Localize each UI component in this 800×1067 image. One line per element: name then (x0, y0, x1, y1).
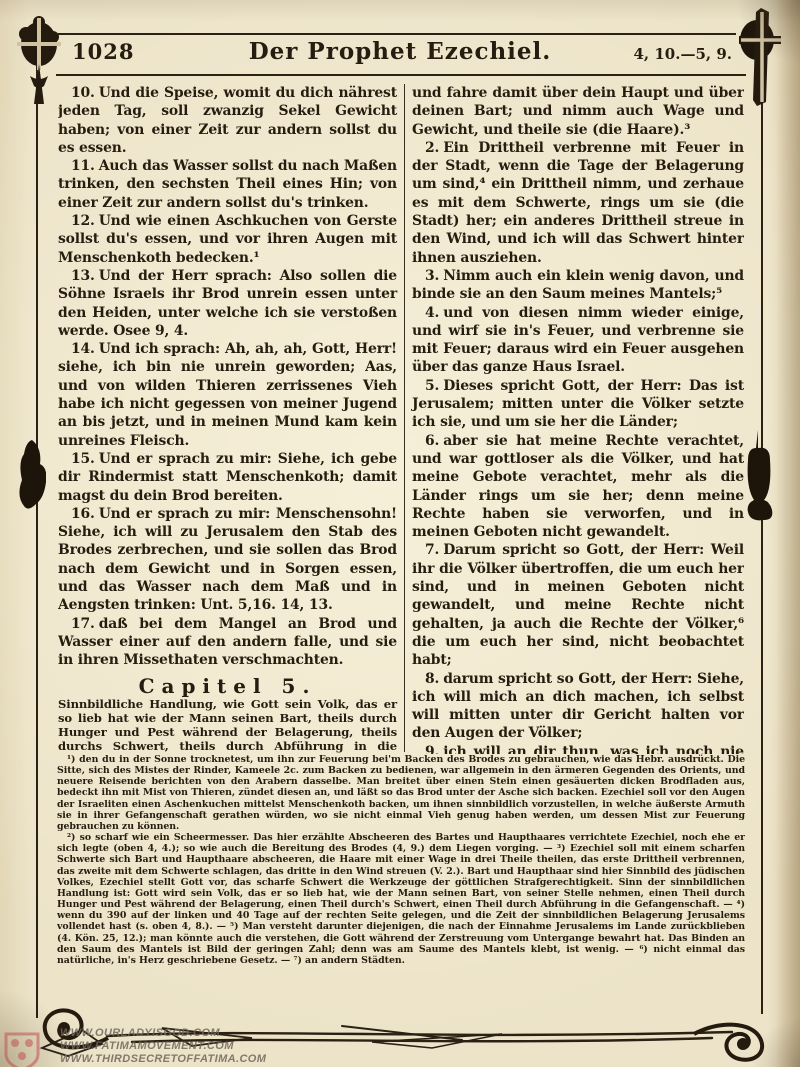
verse-5-5: 5.Dieses spricht Gott, der Herr: Das ist… (412, 377, 744, 432)
verse-4-11: 11.Auch das Wasser sollst du nach Maßen … (58, 157, 397, 212)
verse-text: Und er sprach zu mir: Menschensohn! Sieh… (58, 506, 397, 613)
verse-5-4: 4.und von diesen nimm wieder einige, und… (412, 304, 744, 377)
verse-5-2: 2.Ein Drittheil verbrenne mit Feuer in d… (412, 139, 744, 267)
verse-number: 5. (425, 378, 439, 394)
verse-4-14: 14.Und ich sprach: Ah, ah, ah, Gott, Her… (58, 340, 397, 450)
verse-number: 2. (425, 140, 439, 156)
verse-number: 16. (71, 506, 95, 522)
watermark-line: WWW.THIRDSECRETOFFATIMA.COM (60, 1053, 266, 1066)
scanned-bible-page: 1028 Der Prophet Ezechiel. 4, 10.—5, 9. … (0, 0, 800, 1067)
verse-4-10: 10.Und die Speise, womit du dich nährest… (58, 84, 397, 157)
verse-text: Und ich sprach: Ah, ah, ah, Gott, Herr! … (58, 341, 397, 448)
verse-4-17: 17.daß bei dem Mangel an Brod und Wasser… (58, 615, 397, 670)
verse-text: daß bei dem Mangel an Brod und Wasser ei… (58, 616, 397, 669)
footnote-paragraph-2: ²) so scharf wie ein Scheermesser. Das h… (57, 832, 745, 966)
left-column: 10.Und die Speise, womit du dich nährest… (58, 84, 404, 754)
verse-text: Und der Herr sprach: Also sollen die Söh… (58, 268, 397, 339)
verse-4-16: 16.Und er sprach zu mir: Menschensohn! S… (58, 505, 397, 615)
watermark-shield-icon (2, 1030, 42, 1067)
corner-cross-icon (8, 4, 70, 108)
scripture-columns: 10.Und die Speise, womit du dich nährest… (58, 84, 744, 754)
verse-number: 3. (425, 268, 439, 284)
verse-number: 13. (71, 268, 95, 284)
verse-number: 17. (71, 616, 95, 632)
verse-text: Dieses spricht Gott, der Herr: Das ist J… (412, 378, 744, 431)
verse-number: 12. (71, 213, 95, 229)
verse-number: 7. (425, 542, 439, 558)
verse-number: 4. (425, 305, 439, 321)
verse-number: 11. (71, 158, 95, 174)
verse-5-7: 7.Darum spricht so Gott, der Herr: Weil … (412, 541, 744, 669)
verse-number: 8. (425, 671, 439, 687)
verse-text: und fahre damit über dein Haupt und über… (412, 85, 744, 138)
verse-text: darum spricht so Gott, der Herr: Siehe, … (412, 671, 744, 742)
verse-text: Ein Drittheil verbrenne mit Feuer in der… (412, 140, 744, 266)
top-border-rule (58, 33, 736, 35)
verse-5-6: 6.aber sie hat meine Rechte verachtet, u… (412, 432, 744, 542)
watermark-line: WWW.OURLADYISGOD.COM (60, 1027, 266, 1040)
verse-text: Und wie einen Aschkuchen von Gerste soll… (58, 213, 397, 266)
verse-text: ich will an dir thun, was ich noch nie g… (412, 744, 744, 754)
verse-4-13: 13.Und der Herr sprach: Also sollen die … (58, 267, 397, 340)
verse-range: 4, 10.—5, 9. (633, 45, 732, 63)
verse-text: aber sie hat meine Rechte verachtet, und… (412, 433, 744, 540)
chapter-summary: Sinnbildliche Handlung, wie Gott sein Vo… (58, 698, 397, 754)
verse-text: Auch das Wasser sollst du nach Maßen tri… (58, 158, 397, 211)
header-underline-rule (56, 74, 746, 76)
corner-cross-icon (731, 2, 787, 116)
verse-5-1-continued: und fahre damit über dein Haupt und über… (412, 84, 744, 139)
verse-number: 14. (71, 341, 95, 357)
verse-number: 6. (425, 433, 439, 449)
verse-text: Nimm auch ein klein wenig davon, und bin… (412, 268, 744, 302)
verse-5-8: 8.darum spricht so Gott, der Herr: Siehe… (412, 670, 744, 743)
verse-text: Darum spricht so Gott, der Herr: Weil ih… (412, 542, 744, 668)
verse-text: Und die Speise, womit du dich nährest je… (58, 85, 397, 156)
watermark-line: WWW.FATIMAMOVEMENT.COM (60, 1040, 266, 1053)
edge-knop-icon (18, 440, 46, 540)
chapter-heading: Capitel 5. (58, 677, 397, 695)
verse-number: 15. (71, 451, 95, 467)
verse-text: und von diesen nimm wieder einige, und w… (412, 305, 744, 376)
right-column: und fahre damit über dein Haupt und über… (405, 84, 744, 754)
verse-number: 10. (71, 85, 95, 101)
verse-text: Und er sprach zu mir: Siehe, ich gebe di… (58, 451, 397, 504)
verse-number: 9. (425, 744, 439, 754)
right-border-rule (761, 82, 763, 1014)
verse-4-12: 12.Und wie einen Aschkuchen von Gerste s… (58, 212, 397, 267)
edge-knop-icon (742, 430, 774, 538)
footnote-paragraph-1: ¹) den du in der Sonne trocknetest, um i… (57, 754, 745, 832)
verse-5-9: 9.ich will an dir thun, was ich noch nie… (412, 743, 744, 754)
verse-4-15: 15.Und er sprach zu mir: Siehe, ich gebe… (58, 450, 397, 505)
verse-5-3: 3.Nimm auch ein klein wenig davon, und b… (412, 267, 744, 304)
watermark-text: WWW.OURLADYISGOD.COM WWW.FATIMAMOVEMENT.… (60, 1027, 266, 1067)
footnotes-block: ¹) den du in der Sonne trocknetest, um i… (57, 754, 745, 994)
